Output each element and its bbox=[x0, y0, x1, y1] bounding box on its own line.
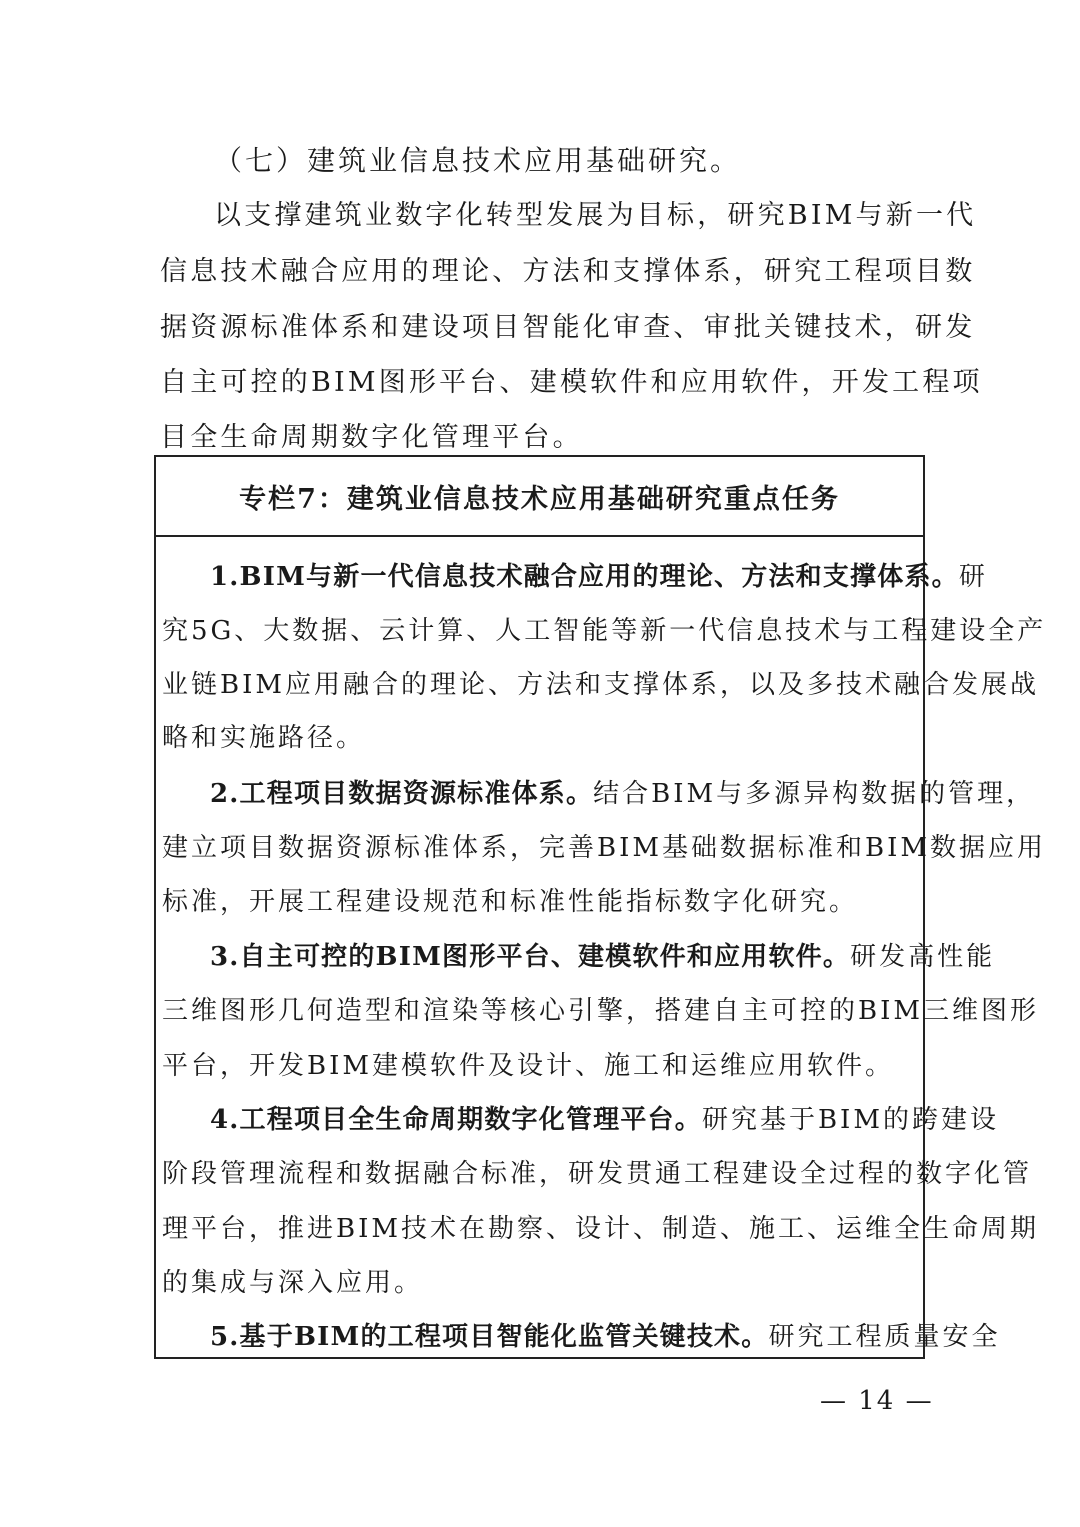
task-item-title: 4.工程项目全生命周期数字化管理平台。 bbox=[210, 1105, 702, 1135]
task-item-text: 结合BIM与多源异构数据的管理， bbox=[593, 779, 1035, 809]
task-item-line: 的集成与深入应用。 bbox=[162, 1266, 423, 1300]
paragraph-line: 信息技术融合应用的理论、方法和支撑体系，研究工程项目数 bbox=[160, 255, 975, 289]
task-item-line: 阶段管理流程和数据融合标准，研发贯通工程建设全过程的数字化管 bbox=[162, 1157, 1032, 1191]
task-item-3-line-1: 3.自主可控的BIM图形平台、建模软件和应用软件。研发高性能 bbox=[210, 940, 995, 974]
task-item-line: 建立项目数据资源标准体系，完善BIM基础数据标准和BIM数据应用 bbox=[162, 831, 1046, 865]
task-item-5-line-1: 5.基于BIM的工程项目智能化监管关键技术。研究工程质量安全 bbox=[210, 1320, 1000, 1354]
paragraph-line: 自主可控的BIM图形平台、建模软件和应用软件，开发工程项 bbox=[160, 366, 983, 400]
task-item-1-line-1: 1.BIM与新一代信息技术融合应用的理论、方法和支撑体系。研 bbox=[210, 560, 988, 594]
task-item-text: 研发高性能 bbox=[850, 942, 995, 972]
task-item-line: 略和实施路径。 bbox=[162, 721, 365, 755]
task-item-title: 5.基于BIM的工程项目智能化监管关键技术。 bbox=[210, 1322, 768, 1352]
paragraph-line: 目全生命周期数字化管理平台。 bbox=[160, 421, 583, 455]
column-box: 专栏7：建筑业信息技术应用基础研究重点任务 1.BIM与新一代信息技术融合应用的… bbox=[154, 455, 925, 1359]
task-item-text: 研究基于BIM的跨建设 bbox=[702, 1105, 999, 1135]
task-item-title: 2.工程项目数据资源标准体系。 bbox=[210, 779, 593, 809]
task-item-line: 平台，开发BIM建模软件及设计、施工和运维应用软件。 bbox=[162, 1049, 894, 1083]
task-item-text: 研 bbox=[959, 562, 988, 592]
paragraph-line: 据资源标准体系和建设项目智能化审查、审批关键技术，研发 bbox=[160, 311, 975, 345]
task-item-line: 究5G、大数据、云计算、人工智能等新一代信息技术与工程建设全产 bbox=[162, 614, 1046, 648]
task-item-line: 理平台，推进BIM技术在勘察、设计、制造、施工、运维全生命周期 bbox=[162, 1212, 1039, 1246]
task-item-line: 标准，开展工程建设规范和标准性能指标数字化研究。 bbox=[162, 885, 858, 919]
section-heading: （七）建筑业信息技术应用基础研究。 bbox=[214, 144, 741, 178]
paragraph-line: 以支撑建筑业数字化转型发展为目标，研究BIM与新一代 bbox=[214, 199, 976, 233]
task-item-line: 三维图形几何造型和渲染等核心引擎，搭建自主可控的BIM三维图形 bbox=[162, 994, 1039, 1028]
column-box-title: 专栏7：建筑业信息技术应用基础研究重点任务 bbox=[239, 477, 840, 516]
task-item-title: 1.BIM与新一代信息技术融合应用的理论、方法和支撑体系。 bbox=[210, 562, 959, 592]
task-item-2-line-1: 2.工程项目数据资源标准体系。结合BIM与多源异构数据的管理， bbox=[210, 777, 1035, 811]
page-number: — 14 — bbox=[820, 1386, 934, 1416]
column-box-header: 专栏7：建筑业信息技术应用基础研究重点任务 bbox=[156, 457, 923, 537]
task-item-line: 业链BIM应用融合的理论、方法和支撑体系，以及多技术融合发展战 bbox=[162, 668, 1039, 702]
task-item-text: 研究工程质量安全 bbox=[768, 1322, 1000, 1352]
task-item-title: 3.自主可控的BIM图形平台、建模软件和应用软件。 bbox=[210, 942, 850, 972]
task-item-4-line-1: 4.工程项目全生命周期数字化管理平台。研究基于BIM的跨建设 bbox=[210, 1103, 999, 1137]
